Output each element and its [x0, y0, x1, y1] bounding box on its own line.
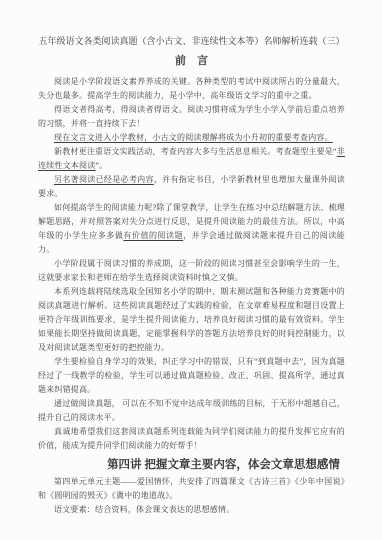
paragraph: 得语文者得高考，得阅读者得语文。阅读习惯将成为学生小学入学前后重点培养的习惯，并… [38, 103, 345, 131]
text-segment: 本系列连载将陆续选取全国知名小学的期中、期末测试题和各种能力竞赛题中的阅读真题进… [38, 287, 345, 352]
text-segment: 学生要检验自身学习的效果，纠正学习中的错误，只有“到真题中去”，因为真题经过了一… [38, 357, 345, 394]
paragraph: 通过做阅读真题， 可以在不知不觉中达成年级训练的目标，于无形中超越自己，提升自己… [38, 397, 345, 425]
paragraph: 小学阶段属于阅读习惯的养成期，这一阶段的阅读习惯甚至会影响学生的一生，这就要求家… [38, 257, 345, 285]
text-segment: 通过做阅读真题， 可以在不知不觉中达成年级训练的目标，于无形中超越自己，提升自己… [38, 399, 345, 422]
text-segment: 小学阶段属于阅读习惯的养成期，这一阶段的阅读习惯甚至会影响学生的一生，这就要求家… [38, 259, 345, 282]
paragraph: 第四单元单元主题——爱国情怀，共安排了四篇课文《古诗三首》《少年中国说》和《圆明… [38, 475, 345, 503]
preface-heading: 前 言 [38, 55, 345, 68]
paragraph: 阅读是小学阶段语文素养养成的关键。各种类型的考试中阅读所占的分量最大，失分也最多… [38, 75, 345, 103]
paragraph: 新教材更注重语文实践活动，考查内容大多与生活息息相关。考查题型主要是“非连续性文… [38, 145, 345, 173]
paragraph: 本系列连载将陆续选取全国知名小学的期中、期末测试题和各种能力竞赛题中的阅读真题进… [38, 285, 345, 355]
underlined-text: 有价值的阅读题 [123, 231, 183, 240]
paragraph: 语文要素：结合资料，体会课文表达的思想感情。 [38, 503, 345, 517]
text-segment: 得语文者得高考，得阅读者得语文。阅读习惯将成为学生小学入学前后重点培养的习惯，并… [38, 105, 345, 128]
underlined-text: 现在文言文进入小学教材，小古文的阅读理解将成为小升初的重要考查内容。 [54, 133, 333, 142]
paragraph: 学生要检验自身学习的效果，纠正学习中的错误，只有“到真题中去”，因为真题经过了一… [38, 355, 345, 397]
document-title: 五年级语文各类阅读真题（含小古文、非连续性文本等）名师解析连载（三） [38, 34, 345, 48]
text-segment: 新教材更注重语文实践活动，考查内容大多与生活息息相关。考查题型主要是“ [54, 147, 337, 156]
paragraph: 现在文言文进入小学教材，小古文的阅读理解将成为小升初的重要考查内容。 [38, 131, 345, 145]
text-segment: 阅读是小学阶段语文素养养成的关键。各种类型的考试中阅读所占的分量最大，失分也最多… [38, 77, 345, 100]
section-paragraphs: 第四单元单元主题——爱国情怀，共安排了四篇课文《古诗三首》《少年中国说》和《圆明… [38, 475, 345, 517]
paragraph: 真诚地希望我们这套阅读真题系列连载能为同学们阅读能力的提升发挥它应有的价值，能成… [38, 425, 345, 453]
document-page: 五年级语文各类阅读真题（含小古文、非连续性文本等）名师解析连载（三） 前 言 阅… [0, 0, 382, 540]
underlined-text: 另名著阅读已经是必考内容 [54, 175, 154, 184]
paragraph: 如何提高学生的阅读能力呢?除了课堂教学，让学生在练习中总结解题方法、梳理解题思路… [38, 201, 345, 257]
section-heading: 第四讲 把握文章主要内容，体会文章思想感情 [38, 458, 345, 472]
text-segment: 第四单元单元主题——爱国情怀，共安排了四篇课文《古诗三首》《少年中国说》和《圆明… [38, 477, 345, 500]
preface-paragraphs: 阅读是小学阶段语文素养养成的关键。各种类型的考试中阅读所占的分量最大，失分也最多… [38, 75, 345, 453]
paragraph: 另名著阅读已经是必考内容，并有指定书目，小学新教材里也增加大量课外阅读要求。 [38, 173, 345, 201]
text-segment: ”。 [95, 161, 107, 170]
text-segment: 真诚地希望我们这套阅读真题系列连载能为同学们阅读能力的提升发挥它应有的价值，能成… [38, 427, 345, 450]
text-segment: 语文要素：结合资料，体会课文表达的思想感情。 [54, 505, 234, 514]
